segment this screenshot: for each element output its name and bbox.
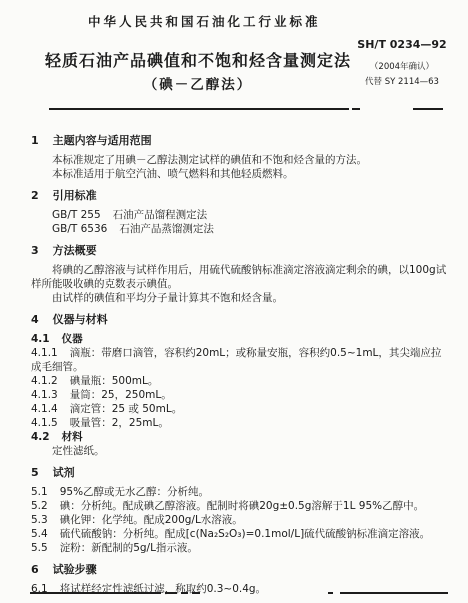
clause: 4.1.2碘量瓶：500mL。 (31, 374, 451, 388)
clause-text: 淀粉：新配制的5g/L指示液。 (60, 542, 198, 554)
section-apparatus-materials: 4仪器与材料 4.1仪器 4.1.1滴瓶：带磨口滴管，容积约20mL；或称量安瓶… (31, 313, 451, 458)
footer-divider (30, 592, 161, 594)
reference-code: GB/T 6536 (52, 223, 107, 235)
clause-text: 材料 (62, 431, 83, 443)
footer-divider-segment (181, 592, 188, 594)
clause: 5.3碘化钾：化学纯。配成200g/L水溶液。 (31, 513, 451, 527)
footer-divider-segment (192, 592, 200, 594)
paragraph: 本标准规定了用碘－乙醇法测定试样的碘值和不饱和烃含量的方法。 (31, 153, 451, 167)
replaces-note: 代替 SY 2114—63 (342, 75, 462, 87)
clause-text: 碘量瓶：500mL。 (70, 375, 159, 387)
clause: 4.2材料 (31, 430, 451, 444)
section-number: 4 (31, 313, 39, 326)
reference-code: GB/T 255 (52, 209, 101, 221)
section-references: 2引用标准 GB/T 255石油产品馏程测定法 GB/T 6536石油产品蒸馏测… (31, 189, 451, 236)
clause-number: 5.4 (31, 528, 48, 540)
clause-text: 硫代硫酸钠：分析纯。配成[c(Na₂S₂O₃)=0.1mol/L]硫代硫酸钠标准… (60, 528, 430, 540)
standard-code-block: SH/T 0234—92 （2004年确认） 代替 SY 2114—63 (342, 38, 462, 87)
section-heading: 6试验步骤 (31, 563, 451, 577)
section-heading: 4仪器与材料 (31, 313, 451, 327)
document-body: 1主题内容与适用范围 本标准规定了用碘－乙醇法测定试样的碘值和不饱和烃含量的方法… (31, 126, 451, 596)
section-title: 主题内容与适用范围 (53, 134, 152, 147)
reference-entry: GB/T 255石油产品馏程测定法 (31, 208, 451, 222)
clause-text: 仪器 (62, 333, 83, 345)
header-divider-segment (352, 108, 360, 110)
section-heading: 2引用标准 (31, 189, 451, 203)
section-heading: 5试剂 (31, 466, 451, 480)
document-subtitle: （碘－乙醇法） (8, 73, 388, 93)
section-title: 试剂 (53, 466, 75, 479)
clause-number: 4.1.2 (31, 375, 58, 387)
section-heading: 1主题内容与适用范围 (31, 134, 451, 148)
clause: 4.1.4滴定管：25 或 50mL。 (31, 402, 451, 416)
section-number: 3 (31, 244, 39, 257)
clause-number: 5.2 (31, 500, 48, 512)
clause-text: 滴瓶：带磨口滴管，容积约20mL；或称量安瓶，容积约0.5~1mL，其尖端应拉成… (31, 347, 441, 373)
paragraph: 将碘的乙醇溶液与试样作用后，用硫代硫酸钠标准滴定溶液滴定剩余的碘，以100g试样… (31, 263, 451, 291)
clause: 4.1.5吸量管：2，25mL。 (31, 416, 451, 430)
section-scope: 1主题内容与适用范围 本标准规定了用碘－乙醇法测定试样的碘值和不饱和烃含量的方法… (31, 134, 451, 181)
clause-number: 4.1.3 (31, 389, 58, 401)
section-method-summary: 3方法概要 将碘的乙醇溶液与试样作用后，用硫代硫酸钠标准滴定溶液滴定剩余的碘，以… (31, 244, 451, 305)
clause: 5.195%乙醇或无水乙醇：分析纯。 (31, 485, 451, 499)
reference-entry: GB/T 6536石油产品蒸馏测定法 (31, 222, 451, 236)
clause-number: 5.3 (31, 514, 48, 526)
section-heading: 3方法概要 (31, 244, 451, 258)
paragraph: 本标准适用于航空汽油、喷气燃料和其他轻质燃料。 (31, 167, 451, 181)
confirmed-note: （2004年确认） (342, 60, 462, 72)
clause: 4.1.1滴瓶：带磨口滴管，容积约20mL；或称量安瓶，容积约0.5~1mL，其… (31, 346, 451, 374)
clause-number: 4.1.5 (31, 417, 58, 429)
section-number: 1 (31, 134, 39, 147)
footer-divider-segment (328, 592, 333, 594)
clause: 5.2碘：分析纯。配成碘乙醇溶液。配制时将碘20g±0.5g溶解于1L 95%乙… (31, 499, 451, 513)
clause-number: 4.1 (31, 333, 50, 345)
section-title: 引用标准 (53, 189, 97, 202)
clause-text: 量筒：25，250mL。 (70, 389, 172, 401)
header-divider (49, 108, 349, 110)
clause: 5.4硫代硫酸钠：分析纯。配成[c(Na₂S₂O₃)=0.1mol/L]硫代硫酸… (31, 527, 451, 541)
issuing-org-line: 中华人民共和国石油化工行业标准 (88, 12, 321, 30)
section-reagents: 5试剂 5.195%乙醇或无水乙醇：分析纯。 5.2碘：分析纯。配成碘乙醇溶液。… (31, 466, 451, 555)
clause-text: 吸量管：2，25mL。 (70, 417, 169, 429)
clause-text: 碘：分析纯。配成碘乙醇溶液。配制时将碘20g±0.5g溶解于1L 95%乙醇中。 (60, 500, 424, 512)
section-number: 6 (31, 563, 39, 576)
reference-name: 石油产品蒸馏测定法 (119, 223, 214, 235)
clause-number: 5.5 (31, 542, 48, 554)
clause-text: 滴定管：25 或 50mL。 (70, 403, 182, 415)
standard-document-page: 中华人民共和国石油化工行业标准 轻质石油产品碘值和不饱和烃含量测定法 （碘－乙醇… (0, 0, 468, 603)
clause-number: 4.1.4 (31, 403, 58, 415)
clause: 5.5淀粉：新配制的5g/L指示液。 (31, 541, 451, 555)
document-title: 轻质石油产品碘值和不饱和烃含量测定法 (8, 48, 388, 71)
section-title: 方法概要 (53, 244, 97, 257)
clause-text: 95%乙醇或无水乙醇：分析纯。 (60, 486, 209, 498)
standard-code: SH/T 0234—92 (342, 38, 462, 51)
header-divider-segment (413, 108, 443, 110)
clause: 4.1.3量筒：25，250mL。 (31, 388, 451, 402)
reference-name: 石油产品馏程测定法 (113, 209, 208, 221)
clause-number: 4.1.1 (31, 347, 58, 359)
clause-number: 5.1 (31, 486, 48, 498)
paragraph: 由试样的碘值和平均分子量计算其不饱和烃含量。 (31, 291, 451, 305)
clause-number: 4.2 (31, 431, 50, 443)
section-title: 试验步骤 (53, 563, 97, 576)
section-title: 仪器与材料 (53, 313, 108, 326)
section-number: 5 (31, 466, 39, 479)
section-number: 2 (31, 189, 39, 202)
clause-text: 碘化钾：化学纯。配成200g/L水溶液。 (60, 514, 243, 526)
clause: 4.1仪器 (31, 332, 451, 346)
footer-divider-segment (165, 592, 177, 594)
paragraph: 定性滤纸。 (31, 444, 451, 458)
footer-divider-segment (340, 592, 448, 594)
